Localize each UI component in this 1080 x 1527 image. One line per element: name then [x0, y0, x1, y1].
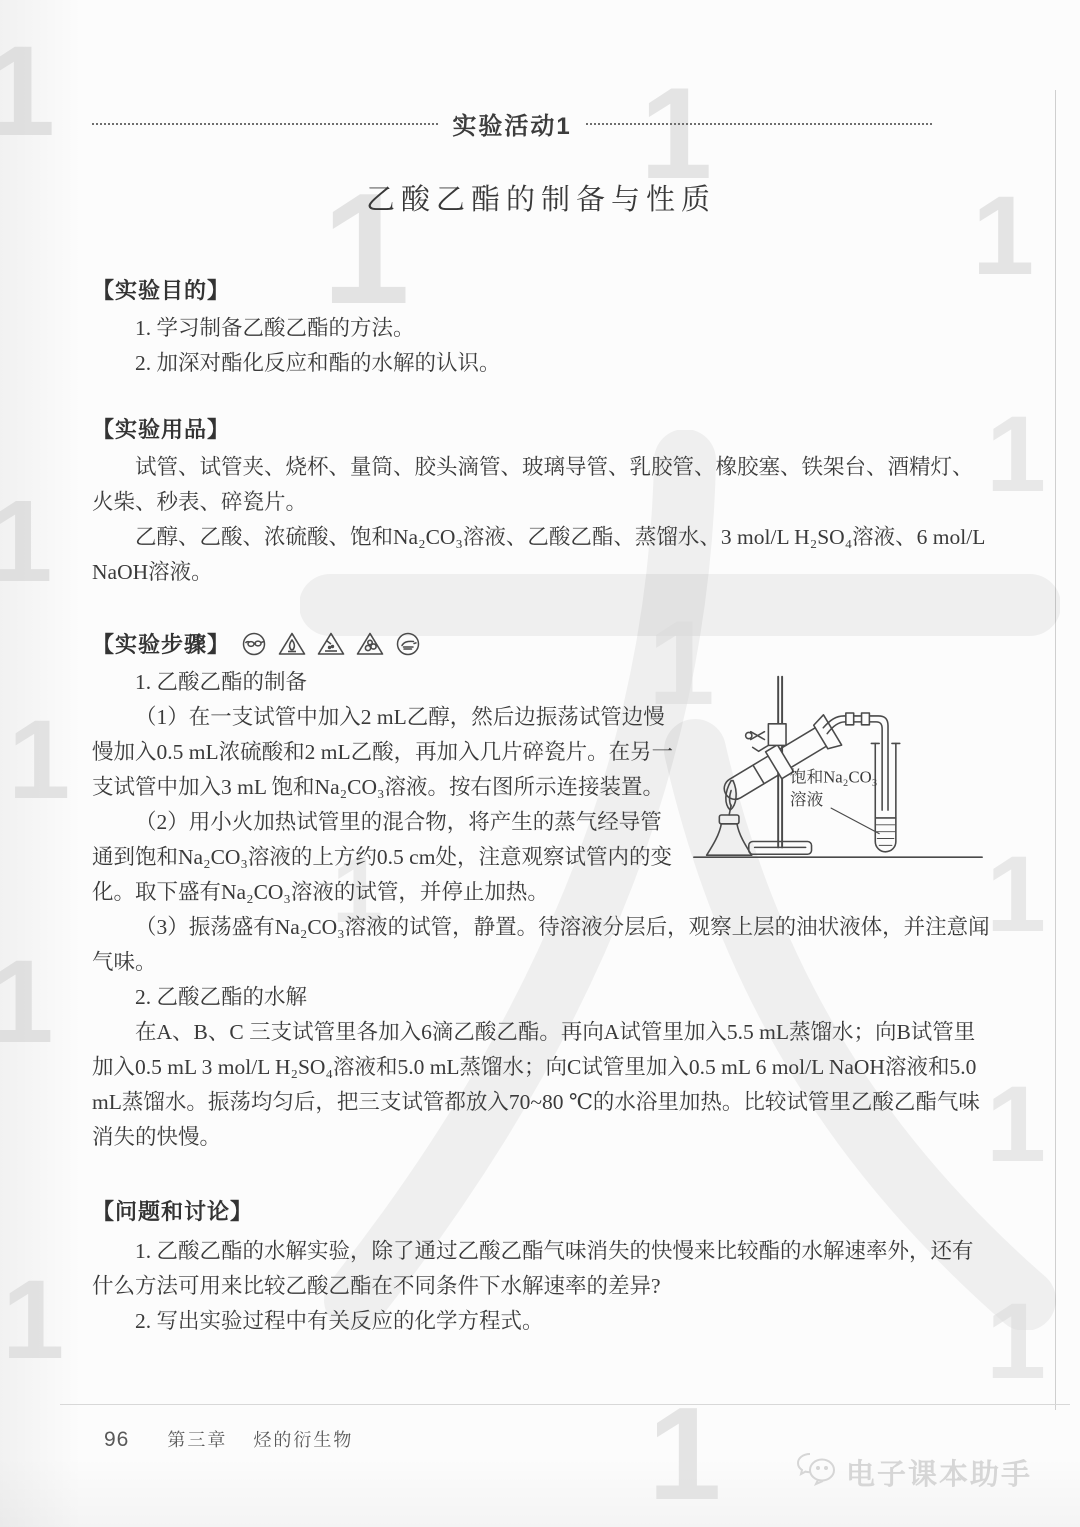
- section-heading-discussion: 【问题和讨论】: [92, 1195, 990, 1226]
- chapter-label: 第三章: [167, 1426, 227, 1452]
- purpose-item: 1. 学习制备乙酸乙酯的方法。: [92, 311, 990, 346]
- section-heading-materials: 【实验用品】: [92, 413, 990, 444]
- apparatus-diagram: 饱和Na₂CO₃ 溶液: [686, 659, 990, 871]
- chapter-title: 烃的衍生物: [253, 1426, 353, 1452]
- section-heading-procedure-row: 【实验步骤】: [92, 628, 990, 659]
- hydrolysis-paragraph: 在A、B、C 三支试管里各加入6滴乙酸乙酯。再向A试管里加入5.5 mL蒸馏水；…: [92, 1015, 990, 1155]
- goggles-icon: [240, 631, 268, 657]
- procedure-step: （3）振荡盛有Na₂CO₃溶液的试管，静置。待溶液分层后，观察上层的油状液体，并…: [92, 910, 990, 980]
- page-footer: 96 第三章 烃的衍生物: [104, 1426, 353, 1452]
- safety-icons: [240, 631, 422, 657]
- page-number: 96: [104, 1428, 129, 1452]
- brand-watermark: 电子课本助手: [796, 1450, 1032, 1494]
- header-dotted-line-left: [92, 123, 438, 125]
- discussion-item: 2. 写出实验过程中有关反应的化学方程式。: [92, 1304, 990, 1339]
- section-heading-procedure: 【实验步骤】: [92, 628, 230, 659]
- chat-bubbles-icon: [796, 1450, 838, 1494]
- purpose-item: 2. 加深对酯化反应和酯的水解的认识。: [92, 346, 990, 381]
- page-title: 乙酸乙酯的制备与性质: [92, 177, 990, 218]
- materials-paragraph: 试管、试管夹、烧杯、量筒、胶头滴管、玻璃导管、乳胶管、橡胶塞、铁架台、酒精灯、火…: [92, 450, 990, 520]
- brand-text: 电子课本助手: [846, 1452, 1032, 1493]
- procedure-subsection2-title: 2. 乙酸乙酯的水解: [92, 980, 990, 1015]
- corrosive-warning-icon: [316, 631, 346, 657]
- textbook-page: 1 1 1 1 1 1 1 1 1 1 1 1 1 1 1 实验活动1 乙酸乙酯…: [0, 0, 1080, 1527]
- diagram-label-line2: 溶液: [790, 790, 824, 809]
- activity-label: 实验活动1: [438, 106, 585, 141]
- footer-rule-line: [60, 1404, 1070, 1405]
- header-dotted-line-right: [586, 123, 932, 125]
- materials-paragraph: 乙醇、乙酸、浓硫酸、饱和Na₂CO₃溶液、乙酸乙酯、蒸馏水、3 mol/L H₂…: [92, 520, 990, 590]
- wash-hands-icon: [394, 631, 422, 657]
- diagram-label-line1: 饱和Na₂CO₃: [790, 768, 878, 787]
- section-heading-purpose: 【实验目的】: [92, 274, 990, 305]
- discussion-item: 1. 乙酸乙酯的水解实验，除了通过乙酸乙酯气味消失的快慢来比较酯的水解速率外，还…: [92, 1234, 990, 1304]
- toxic-warning-icon: [355, 631, 385, 657]
- flame-warning-icon: [277, 631, 307, 657]
- page-header: 实验活动1: [92, 106, 932, 141]
